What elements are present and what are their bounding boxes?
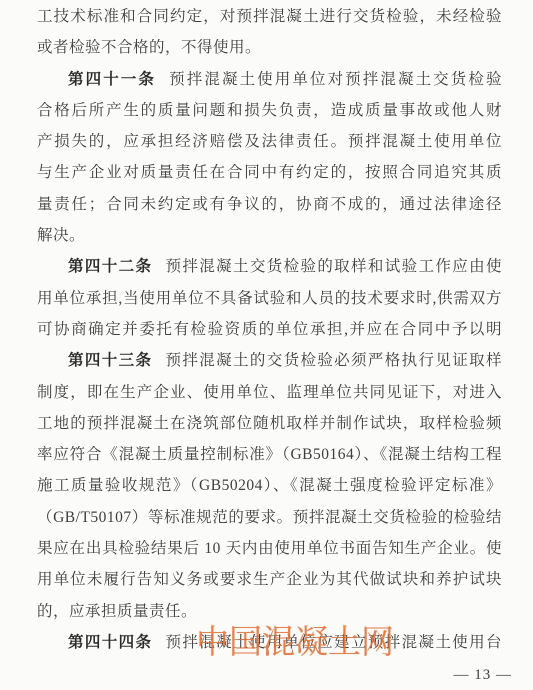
article-text: 预拌混凝土交货检验的取样和试验工作应由使 <box>166 258 502 275</box>
article-number: 第四十一条 <box>68 71 156 88</box>
text-line: 产损失的，应承担经济赔偿及法律责任。预拌混凝土使用单位 <box>37 126 502 157</box>
article-text: 预拌混凝土使用单位应建立预拌混凝土使用台 <box>166 634 502 651</box>
document-text-block: 工技术标准和合同约定，对预拌混凝土进行交货检验，未经检验 或者检验不合格的，不得… <box>37 1 502 658</box>
text-line: 或者检验不合格的，不得使用。 <box>37 32 502 63</box>
text-line: 率应符合《混凝土质量控制标准》（GB50164）、《混凝土结构工程 <box>37 439 502 470</box>
text-line: 与生产企业对质量责任在合同中有约定的，按照合同追究其质 <box>37 157 502 188</box>
text-line: 果应在出具检验结果后 10 天内由使用单位书面告知生产企业。使 <box>37 533 502 564</box>
text-line: 第四十三条预拌混凝土的交货检验必须严格执行见证取样 <box>37 345 502 376</box>
article-text: 预拌混凝土的交货检验必须严格执行见证取样 <box>166 352 502 369</box>
article-number: 第四十二条 <box>68 258 152 275</box>
text-line: 第四十二条预拌混凝土交货检验的取样和试验工作应由使 <box>37 251 502 282</box>
article-number: 第四十四条 <box>68 634 152 651</box>
text-line: 用单位未履行告知义务或要求生产企业为其代做试块和养护试块 <box>37 564 502 595</box>
text-line: （GB/T50107）等标准规范的要求。预拌混凝土交货检验的检验结 <box>37 502 502 533</box>
text-line: 解决。 <box>37 220 502 251</box>
text-line: 合格后所产生的质量问题和损失负责，造成质量事故或他人财 <box>37 95 502 126</box>
text-line: 制度，即在生产企业、使用单位、监理单位共同见证下，对进入 <box>37 377 502 408</box>
text-line: 可协商确定并委托有检验资质的单位承担,并应在合同中予以明确。 <box>37 314 502 345</box>
document-page: 工技术标准和合同约定，对预拌混凝土进行交货检验，未经检验 或者检验不合格的，不得… <box>0 0 533 690</box>
text-line: 施工质量验收规范》（GB50204）、《混凝土强度检验评定标准》 <box>37 470 502 501</box>
text-line: 工技术标准和合同约定，对预拌混凝土进行交货检验，未经检验 <box>37 1 502 32</box>
text-line: 第四十四条预拌混凝土使用单位应建立预拌混凝土使用台 <box>37 627 502 658</box>
article-text: 预拌混凝土使用单位对预拌混凝土交货检验 <box>169 71 502 88</box>
text-line: 用单位承担,当使用单位不具备试验和人员的技术要求时,供需双方 <box>37 283 502 314</box>
article-number: 第四十三条 <box>68 352 152 369</box>
text-line: 工地的预拌混凝土在浇筑部位随机取样并制作试块，取样检验频 <box>37 408 502 439</box>
text-line: 量责任；合同未约定或有争议的，协商不成的，通过法律途径 <box>37 189 502 220</box>
text-line: 的，应承担质量责任。 <box>37 596 502 627</box>
text-line: 第四十一条预拌混凝土使用单位对预拌混凝土交货检验 <box>37 64 502 95</box>
page-number: — 13 — <box>454 667 513 684</box>
